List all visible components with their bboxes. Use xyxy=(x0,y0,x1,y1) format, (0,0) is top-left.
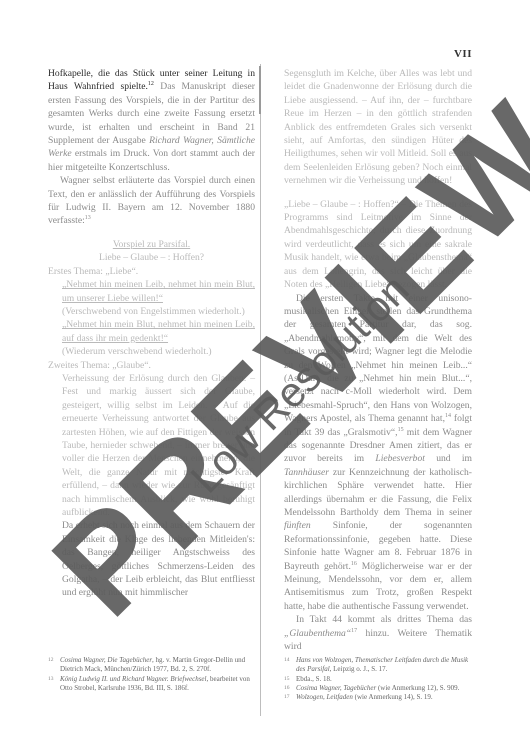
footnote-17: 17 Wolzogen, Leitfaden (wie Anmerkung 14… xyxy=(284,693,474,702)
footnote-ref: 13 xyxy=(85,215,91,221)
left-column: Hofkapelle, die das Stück unter seiner L… xyxy=(48,67,255,600)
footnote-15: 15 Ebda., S. 18. xyxy=(284,675,474,684)
italic-title: Liebesverbot xyxy=(375,453,425,464)
right-column: Segensgluth im Kelche, über Alles was le… xyxy=(284,67,472,653)
program-subtitle: Liebe – Glaube – : Hoffen? xyxy=(48,251,255,264)
right-para-2: „Liebe – Glaube – : Hoffen?“ – Die Theme… xyxy=(284,198,472,292)
footnote-14: 14 Hans von Wolzogen, Thematischer Leitf… xyxy=(284,656,474,675)
footnote-text: (wie Anmerkung 14), S. 19. xyxy=(353,693,433,701)
column-divider-shadow xyxy=(259,66,261,114)
footnote-title: König Ludwig II. und Richard Wagner. Bri… xyxy=(60,675,206,683)
footnote-text: (wie Anmerkung 12), S. 909. xyxy=(376,684,459,692)
footnotes-right: 14 Hans von Wolzogen, Thematischer Leitf… xyxy=(284,656,474,702)
italic-term: „Glaubenthema“ xyxy=(284,628,351,639)
footnote-12: 12 Cosima Wagner, Die Tagebücher, hg. v.… xyxy=(48,656,258,675)
footnote-number: 17 xyxy=(284,693,296,702)
footnote-13: 13 König Ludwig II. und Richard Wagner. … xyxy=(48,675,258,694)
text: Die ersten Takte mit einer unisono-musik… xyxy=(284,293,472,425)
footnote-number: 13 xyxy=(48,675,60,694)
right-para-4: In Takt 44 kommt als drittes Thema das „… xyxy=(284,613,472,653)
text: erstmals im Druck. Von dort stammt auch … xyxy=(48,148,255,172)
left-para-1: Hofkapelle, die das Stück unter seiner L… xyxy=(48,67,255,174)
italic-word: fünften xyxy=(284,520,311,531)
left-para-2: Wagner selbst erläuterte das Vorspiel du… xyxy=(48,174,255,228)
footnote-number: 16 xyxy=(284,684,296,693)
footnote-text: Ebda., S. 18. xyxy=(296,675,332,683)
italic-title: Tannhäuser xyxy=(284,467,329,478)
footnote-text: , Leipzig o. J., S. 17. xyxy=(330,665,388,673)
footnote-title: Cosima Wagner, Tagebücher xyxy=(296,684,376,692)
program-title: Vorspiel zu Parsifal. xyxy=(48,238,255,251)
footnotes-left: 12 Cosima Wagner, Die Tagebücher, hg. v.… xyxy=(48,656,258,693)
right-para-1: Segensgluth im Kelche, über Alles was le… xyxy=(284,67,472,188)
theme1-line2: „Nehmet hin mein Blut, nehmet hin meinen… xyxy=(48,318,255,345)
footnote-number: 14 xyxy=(284,656,296,675)
text: In Takt 44 kommt als drittes Thema das xyxy=(296,614,472,625)
footnote-title: Cosima Wagner, Die Tagebücher xyxy=(60,656,152,664)
footnote-16: 16 Cosima Wagner, Tagebücher (wie Anmerk… xyxy=(284,684,474,693)
theme1-note2: (Wiederum verschwebend wiederholt.) xyxy=(48,345,255,358)
theme2-text: Verheissung der Erlösung durch den Glaub… xyxy=(48,372,255,519)
theme2-text2: Da erhebt sich noch einmal aus dem Schau… xyxy=(48,519,255,599)
text: Wagner selbst erläuterte das Vorspiel du… xyxy=(48,175,255,226)
footnote-title: Wolzogen, Leitfaden xyxy=(296,693,353,701)
text: und im xyxy=(425,453,472,464)
right-para-3: Die ersten Takte mit einer unisono-musik… xyxy=(284,292,472,614)
footnote-number: 12 xyxy=(48,656,60,675)
page-number: VII xyxy=(454,48,472,60)
theme1-label: Erstes Thema: „Liebe“. xyxy=(48,265,255,278)
footnote-number: 15 xyxy=(284,675,296,684)
column-divider xyxy=(260,64,261,716)
theme1-note1: (Verschwebend von Engelstimmen wiederhol… xyxy=(48,305,255,318)
text: Segensgluth im Kelche, über Alles was le… xyxy=(284,68,472,186)
theme1-line1: „Nehmet hin meinen Leib, nehmet hin mein… xyxy=(48,278,255,305)
theme2-label: Zweites Thema: „Glaube“. xyxy=(48,359,255,372)
